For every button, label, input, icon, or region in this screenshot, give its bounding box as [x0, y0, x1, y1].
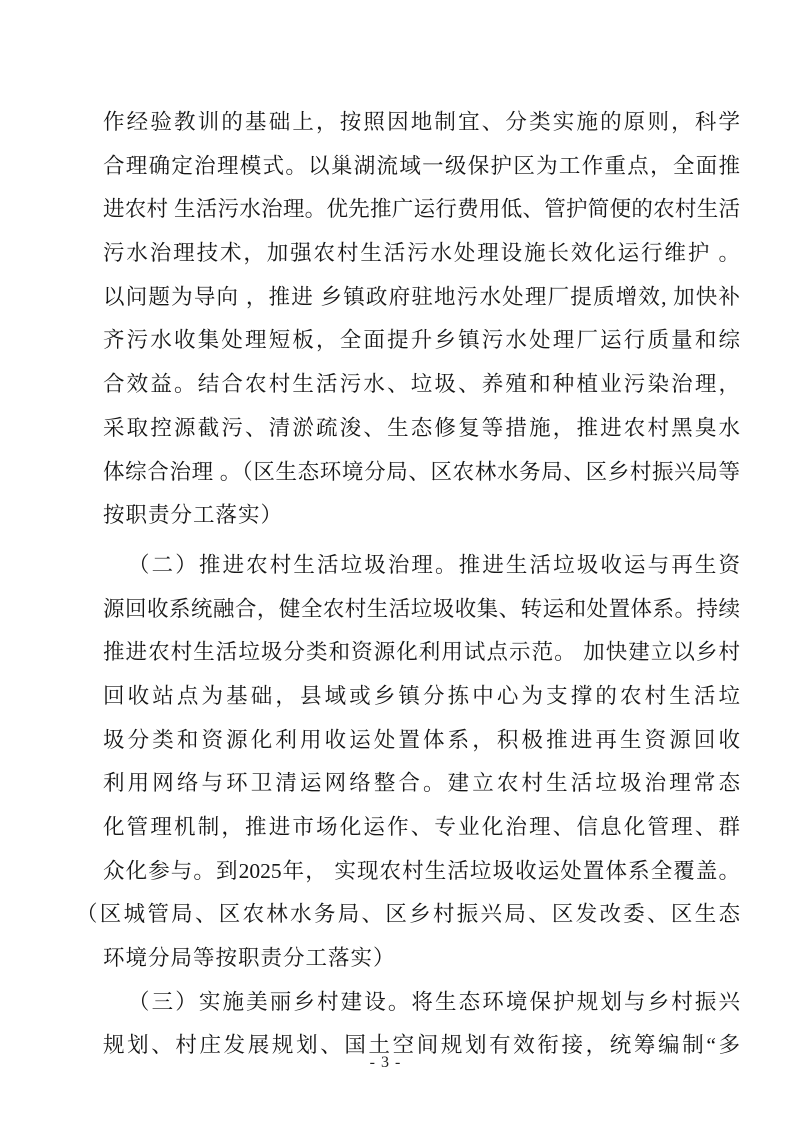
text-line: 采取控源截污、清淤疏浚、生态修复等措施，推进农村黑臭水: [103, 407, 740, 451]
text-line: 回收站点为基础，县域或乡镇分拣中心为支撑的农村生活垃: [103, 675, 740, 719]
text-line: 利用网络与环卫清运网络整合。建立农村生活垃圾治理常态: [103, 762, 740, 806]
text-line: 以问题为导向 ，推进 乡镇政府驻地污水处理厂提质增效, 加快补: [103, 276, 740, 320]
paragraph-1: 作经验教训的基础上，按照因地制宜、分类实施的原则，科学 合理确定治理模式。以巢湖…: [103, 101, 740, 538]
document-body: 作经验教训的基础上，按照因地制宜、分类实施的原则，科学 合理确定治理模式。以巢湖…: [103, 101, 740, 1068]
text-line: 污水治理技术，加强农村生活污水处理设施长效化运行维护 。: [103, 232, 740, 276]
text-line: 圾分类和资源化利用收运处置体系，积极推进再生资源回收: [103, 719, 740, 763]
paragraph-2: （二）推进农村生活垃圾治理。推进生活垃圾收运与再生资 源回收系统融合，健全农村生…: [103, 544, 740, 981]
text-line: 推进农村生活垃圾分类和资源化利用试点示范。 加快建立以乡村: [103, 631, 740, 675]
text-line: 体综合治理 。（区生态环境分局、区农林水务局、区乡村振兴局等: [103, 451, 740, 495]
text-line: 进农村 生活污水治理。优先推广运行费用低、管护简便的农村生活: [103, 188, 740, 232]
text-line: 众化参与。到2025年， 实现农村生活垃圾收运处置体系全覆盖。: [103, 850, 740, 894]
text-line: （三）实施美丽乡村建设。将生态环境保护规划与乡村振兴: [103, 981, 740, 1025]
text-line: 合效益。结合农村生活污水、垃圾、养殖和种植业污染治理，: [103, 363, 740, 407]
text-line: 源回收系统融合，健全农村生活垃圾收集、转运和处置体系。持续: [103, 588, 740, 632]
text-line: 按职责分工落实）: [103, 494, 740, 538]
text-line: 合理确定治理模式。以巢湖流域一级保护区为工作重点，全面推: [103, 145, 740, 189]
page-number: - 3 -: [0, 1053, 782, 1073]
text-line: 齐污水收集处理短板，全面提升乡镇污水处理厂运行质量和综: [103, 319, 740, 363]
text-line: （二）推进农村生活垃圾治理。推进生活垃圾收运与再生资: [103, 544, 740, 588]
text-line: 作经验教训的基础上，按照因地制宜、分类实施的原则，科学: [103, 101, 740, 145]
text-line: 化管理机制，推进市场化运作、专业化治理、信息化管理、群: [103, 806, 740, 850]
document-page: 作经验教训的基础上，按照因地制宜、分类实施的原则，科学 合理确定治理模式。以巢湖…: [0, 0, 793, 1122]
text-line: 环境分局等按职责分工落实）: [103, 937, 740, 981]
text-line: （区城管局、区农林水务局、区乡村振兴局、区发改委、区生态: [103, 893, 740, 937]
